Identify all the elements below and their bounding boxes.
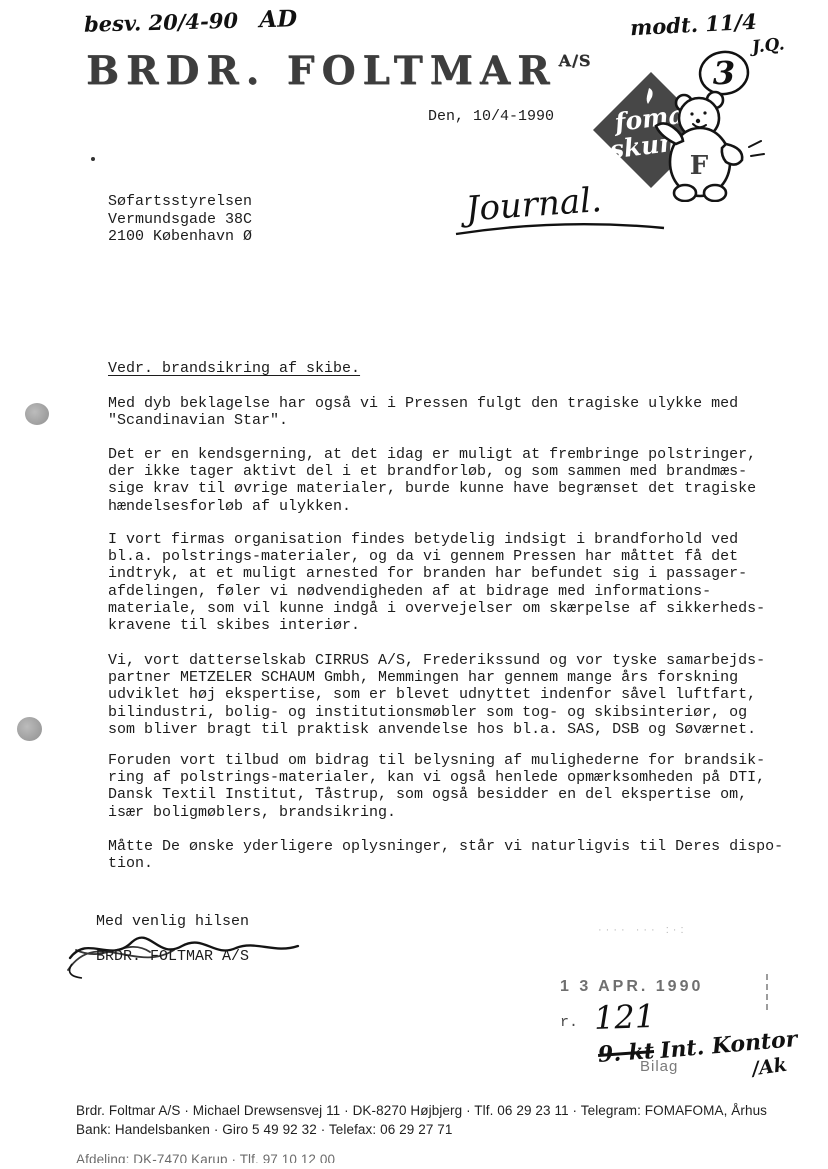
footer-bank-line: Bank: Handelsbanken · Giro 5 49 92 32 · … [76,1122,453,1137]
faint-stamp-marks: ···· ··· :·: [598,924,688,936]
annotation-answered-initials: AD [259,5,297,33]
circled-number-text: 3 [713,54,735,92]
paragraph-4: Vi, vort datterselskab CIRRUS A/S, Frede… [108,652,768,738]
letterhead-company-name: BRDR. FOLTMARA/S [86,48,591,94]
signature-company-name: BRDR. FOLTMAR A/S [96,948,249,965]
footer-address-line: Brdr. Foltmar A/S · Michael Drewsensvej … [76,1103,767,1118]
received-date-stamp: 1 3 APR. 1990 [560,978,703,996]
journal-number-value: 121 [593,997,655,1037]
punch-hole [25,403,49,425]
paragraph-1: Med dyb beklagelse har også vi i Pressen… [108,395,768,429]
letter-date: Den, 10/4-1990 [428,108,554,125]
scan-speck [91,157,95,161]
annotation-answered-date: besv. 20/4-90 AD [84,5,298,38]
paragraph-2: Det er en kendsgerning, at det idag er m… [108,446,768,515]
paragraph-5: Foruden vort tilbud om bidrag til belysn… [108,752,768,821]
int-kontor-initials: /Ak [751,1054,789,1081]
recipient-address: Søfartsstyrelsen Vermundsgade 38C 2100 K… [108,193,252,246]
annotation-received-date: modt. 11/4 [629,9,757,41]
paragraph-3: I vort firmas organisation findes betyde… [108,531,768,634]
punch-hole [17,717,42,741]
scanned-letter-page: besv. 20/4-90 AD modt. 11/4 J.Q. BRDR. F… [0,0,828,1169]
journal-number-label: r. [560,1014,578,1031]
journal-annotation-text: Journal. [458,180,603,230]
footer-branch-line-text: Afdeling: DK-7470 Karup · Tlf. 97 10 12 … [76,1152,596,1163]
bear-letter-f: F [690,151,709,181]
journal-annotation: Journal. [450,172,670,244]
circled-number-annotation: 3 [697,49,750,97]
annotation-answered-text: besv. 20/4-90 [84,8,239,37]
stamp-dashed-mark [766,974,768,1010]
subject-line: Vedr. brandsikring af skibe. [108,360,360,377]
letterhead-company-text: BRDR. FOLTMAR [86,48,557,94]
paragraph-6: Måtte De ønske yderligere oplysninger, s… [108,838,768,872]
footer-branch-line-clipped: Afdeling: DK-7470 Karup · Tlf. 97 10 12 … [76,1152,596,1163]
bilag-label: Bilag [640,1058,678,1075]
